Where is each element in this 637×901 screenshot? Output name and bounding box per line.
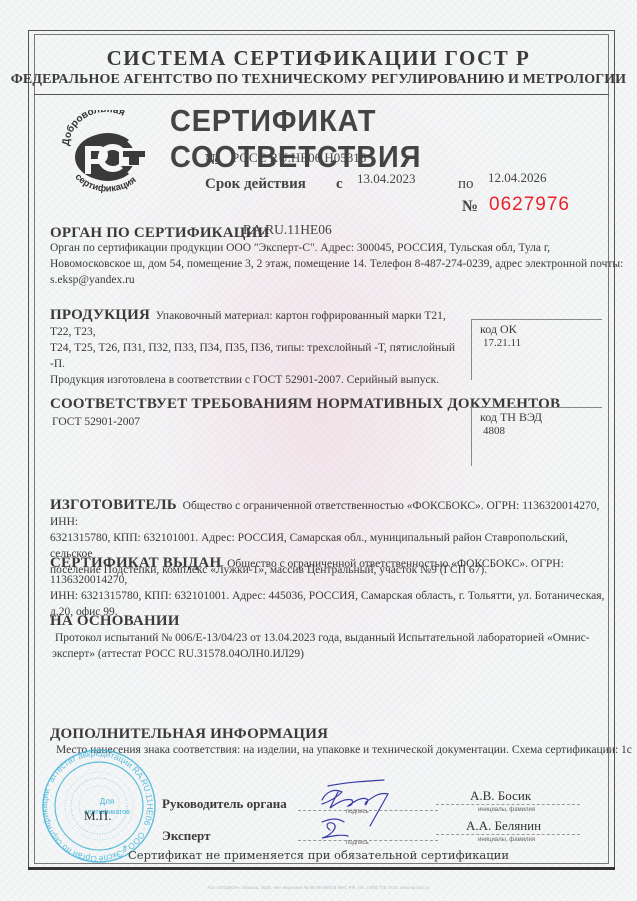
ok-code-box: код ОК 17.21.11: [471, 319, 602, 380]
valid-from-date: 13.04.2023: [357, 171, 416, 187]
stamp-center-line1: Для: [100, 797, 114, 806]
mp-label: М.П.: [84, 808, 111, 824]
printer-info: АО «ОПЦИОН», Москва, 2016, «Б» лицензия …: [0, 885, 637, 890]
issued-to-heading: СЕРТИФИКАТ ВЫДАН: [50, 555, 221, 571]
ok-code-label: код ОК: [480, 322, 517, 337]
expert-name-caption: инициалы, фамилия: [478, 837, 535, 843]
certificate-number-label: №: [205, 152, 220, 169]
expert-label: Эксперт: [162, 828, 210, 844]
manufacturer-heading: ИЗГОТОВИТЕЛЬ: [50, 497, 177, 513]
issued-to-line: ИНН: 6321315780, КПП: 632101001. Адрес: …: [50, 588, 610, 604]
tn-ved-label: код ТН ВЭД: [480, 410, 542, 425]
expert-name: А.А. Белянин: [466, 818, 541, 834]
certification-body-email: s.eksp@yandex.ru: [50, 272, 623, 288]
certification-body-code: RA.RU.11НЕ06: [243, 222, 332, 238]
basis-line: эксперт» (аттестат РОСС RU.31578.04ОЛН0.…: [52, 646, 590, 662]
additional-info-heading: ДОПОЛНИТЕЛЬНАЯ ИНФОРМАЦИЯ: [50, 726, 328, 743]
certification-body-line: Орган по сертификации продукции ООО "Экс…: [50, 240, 623, 256]
product-line: Т24, Т25, Т26, П31, П32, П33, П34, П35, …: [50, 340, 470, 372]
head-name-line: [436, 804, 580, 805]
validity-from-label: с: [336, 176, 343, 193]
agency-name: ФЕДЕРАЛЬНОЕ АГЕНТСТВО ПО ТЕХНИЧЕСКОМУ РЕ…: [0, 72, 637, 88]
issued-to-section: СЕРТИФИКАТ ВЫДАН Общество с ограниченной…: [50, 555, 610, 620]
normative-document: ГОСТ 52901-2007: [52, 414, 140, 430]
handwritten-signatures: [308, 778, 418, 846]
form-number: 0627976: [489, 194, 570, 216]
certificate-number: РОСС RU.НЕ06.Н05316: [232, 150, 366, 166]
system-title: СИСТЕМА СЕРТИФИКАЦИИ ГОСТ Р: [0, 46, 637, 71]
certification-body-line: Новомосковское ш, дом 54, помещение 3, 2…: [50, 256, 623, 272]
header-separator: [34, 94, 609, 95]
basis-line: Протокол испытаний № 006/Е-13/04/23 от 1…: [52, 630, 590, 646]
head-name: А.В. Босик: [470, 788, 531, 804]
validity-label: Срок действия: [205, 176, 306, 193]
product-section: ПРОДУКЦИЯ Упаковочный материал: картон г…: [50, 307, 470, 388]
basis-details: Протокол испытаний № 006/Е-13/04/23 от 1…: [52, 630, 590, 662]
not-applied-note: Сертификат не применяется при обязательн…: [0, 848, 637, 862]
tn-ved-value: 4808: [483, 425, 505, 437]
basis-heading: НА ОСНОВАНИИ: [50, 613, 180, 630]
product-line: Продукция изготовлена в соответствии с Г…: [50, 372, 470, 388]
rst-logo: Добровольная сертификация: [55, 110, 155, 198]
form-number-label: №: [462, 198, 478, 216]
expert-name-line: [436, 834, 580, 835]
tn-ved-box: код ТН ВЭД 4808: [471, 407, 602, 466]
rst-voluntary-certification-icon: Добровольная сертификация: [55, 110, 155, 198]
validity-to-label: по: [458, 176, 474, 193]
head-name-caption: инициалы, фамилия: [478, 807, 535, 813]
product-heading: ПРОДУКЦИЯ: [50, 307, 150, 323]
valid-to-date: 12.04.2026: [488, 170, 547, 186]
head-of-body-label: Руководитель органа: [162, 796, 287, 812]
certification-body-details: Орган по сертификации продукции ООО "Экс…: [50, 240, 623, 288]
ok-code-value: 17.21.11: [483, 337, 521, 349]
